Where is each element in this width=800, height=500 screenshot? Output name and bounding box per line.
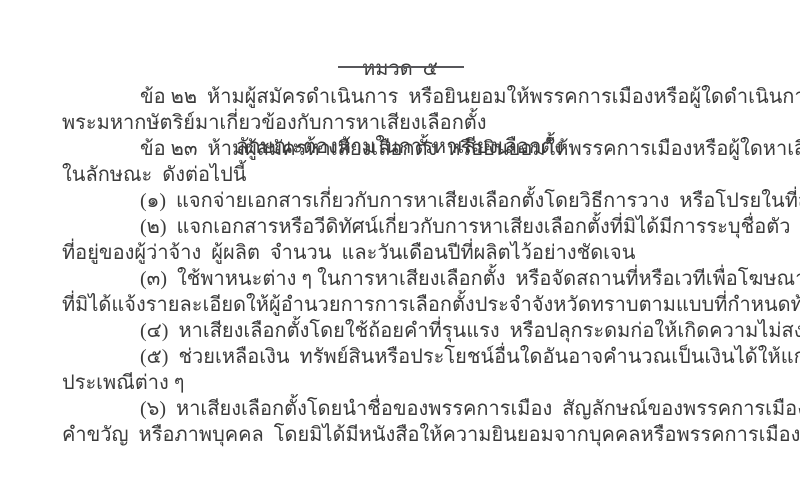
clause-23-item-1-line-1: (๑) แจกจ่ายเอกสารเกี่ยวกับการหาเสียงเลือ…	[62, 188, 752, 214]
clause-23-item-5-line-1: (๕) ช่วยเหลือเงิน ทรัพย์สินหรือประโยชน์อ…	[62, 344, 752, 370]
clause-23-item-3-line-2: ที่มิได้แจ้งรายละเอียดให้ผู้อำนวยการการเ…	[62, 292, 752, 318]
chapter-heading: หมวด ๕	[0, 56, 800, 82]
clause-22-line-1: ข้อ ๒๒ ห้ามผู้สมัครดำเนินการ หรือยินยอมใ…	[62, 84, 752, 110]
clause-23-line-2: ในลักษณะ ดังต่อไปนี้	[62, 162, 752, 188]
clause-23-item-2-line-1: (๒) แจกเอกสารหรือวีดิทัศน์เกี่ยวกับการหา…	[62, 214, 752, 240]
clause-23-line-1: ข้อ ๒๓ ห้ามผู้สมัครหาเสียงเลือกตั้ง หรือ…	[62, 136, 752, 162]
header-separator-rule	[338, 66, 464, 68]
clause-22-line-2: พระมหากษัตริย์มาเกี่ยวข้องกับการหาเสียงเ…	[62, 110, 752, 136]
clause-23-item-6-line-2: คำขวัญ หรือภาพบุคคล โดยมิได้มีหนังสือให้…	[62, 422, 752, 448]
clause-23-item-2-line-2: ที่อยู่ของผู้ว่าจ้าง ผู้ผลิต จำนวน และวั…	[62, 240, 752, 266]
document-body: ข้อ ๒๒ ห้ามผู้สมัครดำเนินการ หรือยินยอมใ…	[62, 84, 752, 448]
clause-23-item-4-line-1: (๔) หาเสียงเลือกตั้งโดยใช้ถ้อยคำที่รุนแร…	[62, 318, 752, 344]
document-page: หมวด ๕ ลักษณะต้องห้ามในการหาเสียงเลือกตั…	[0, 0, 800, 500]
clause-23-item-5-line-2: ประเพณีต่าง ๆ	[62, 370, 752, 396]
clause-23-item-6-line-1: (๖) หาเสียงเลือกตั้งโดยนำชื่อของพรรคการเ…	[62, 396, 752, 422]
clause-23-item-3-line-1: (๓) ใช้พาหนะต่าง ๆ ในการหาเสียงเลือกตั้ง…	[62, 266, 752, 292]
